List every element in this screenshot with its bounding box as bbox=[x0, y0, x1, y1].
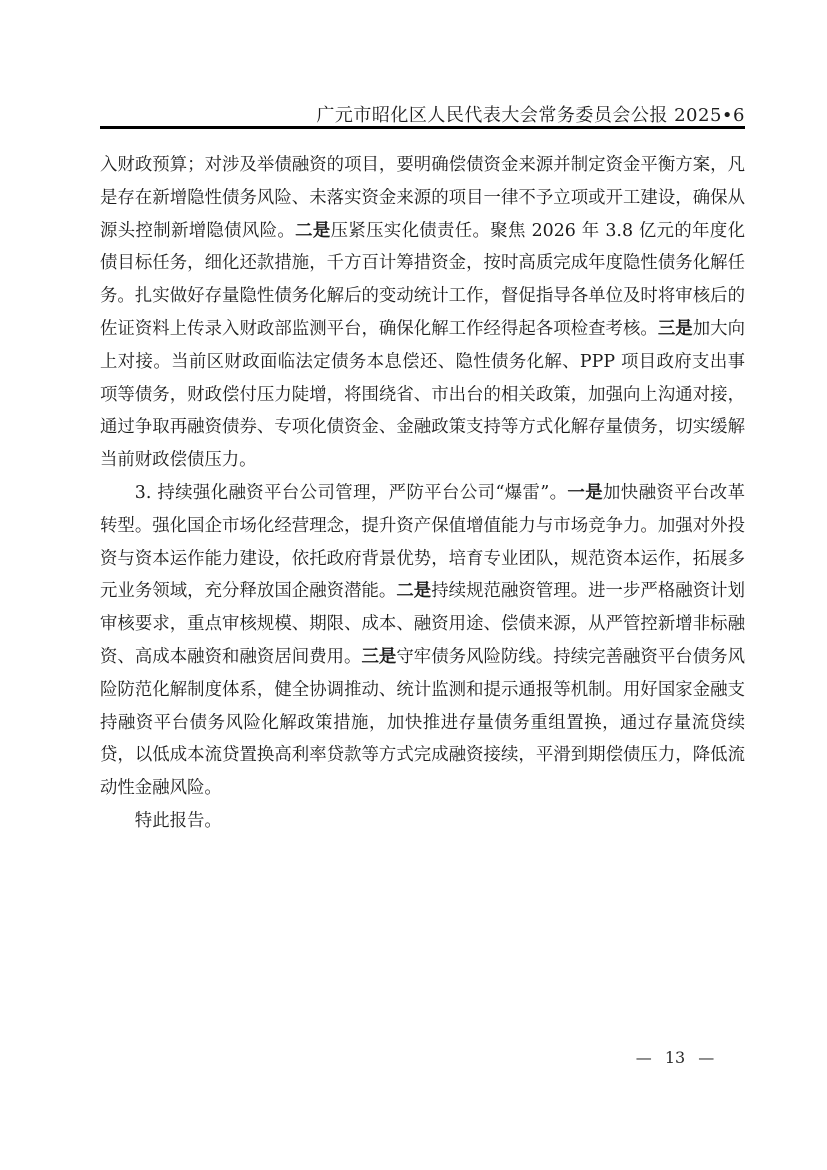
bold-run: 二是 bbox=[295, 221, 330, 241]
paragraph: 入财政预算；对涉及举债融资的项目，要明确偿债资金来源并制定资金平衡方案，凡是存在… bbox=[100, 149, 745, 477]
bold-run: 一是 bbox=[567, 483, 603, 503]
paragraph: 特此报告。 bbox=[100, 805, 745, 838]
text-run: 加大向上对接。当前区财政面临法定债务本息偿还、隐性债务化解、PPP 项目政府支出… bbox=[100, 319, 745, 470]
page-number: — 13 — bbox=[620, 1048, 730, 1067]
document-body: 入财政预算；对涉及举债融资的项目，要明确偿债资金来源并制定资金平衡方案，凡是存在… bbox=[100, 149, 745, 838]
text-run: 3. 持续强化融资平台公司管理，严防平台公司“爆雷”。 bbox=[135, 483, 568, 503]
paragraph: 3. 持续强化融资平台公司管理，严防平台公司“爆雷”。一是加快融资平台改革转型。… bbox=[100, 477, 745, 805]
text-run: 特此报告。 bbox=[135, 811, 222, 831]
bold-run: 二是 bbox=[396, 581, 431, 601]
header-rule bbox=[100, 126, 745, 129]
document-page: 广元市昭化区人民代表大会常务委员会公报 2025•6 入财政预算；对涉及举债融资… bbox=[0, 0, 827, 1170]
bold-run: 三是 bbox=[362, 647, 397, 667]
page-header-title: 广元市昭化区人民代表大会常务委员会公报 2025•6 bbox=[100, 101, 745, 127]
bold-run: 三是 bbox=[658, 319, 693, 339]
text-run: 守牢债务风险防线。持续完善融资平台债务风险防范化解制度体系，健全协调推动、统计监… bbox=[100, 647, 745, 798]
